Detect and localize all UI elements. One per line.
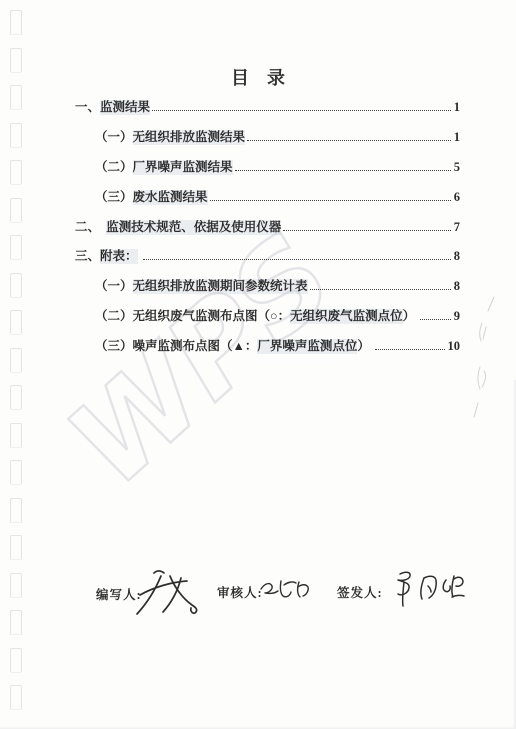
- toc-entry-text: 附表：: [100, 249, 138, 264]
- toc-entry-text: 无组织废气监测点位: [290, 309, 403, 324]
- toc-entry-text: （三）: [95, 190, 133, 205]
- toc-entry-text: 无组织排放监测结果: [133, 130, 246, 145]
- toc-entry-text: ）: [357, 339, 373, 354]
- toc-entry: （二）厂界噪声监测结果5: [75, 160, 460, 190]
- toc-page-number: 9: [454, 309, 460, 324]
- reviewer-signature: [257, 572, 311, 606]
- binding-ring: [10, 685, 22, 710]
- writer-signature: [134, 563, 214, 623]
- toc-entry-text: 厂界噪声监测结果: [133, 160, 233, 175]
- toc-entry-text: [138, 249, 141, 264]
- toc-entry: 三、附表： 8: [75, 249, 460, 279]
- binding-ring: [10, 235, 22, 260]
- binding-ring: [10, 10, 22, 35]
- dot-leader: [143, 251, 451, 260]
- binding-ring: [10, 498, 22, 523]
- scanned-document-page: WPS 目 录 一、监测结果1（一）无组织排放监测结果1（二）厂界噪声监测结果5…: [0, 0, 516, 729]
- toc-entry-text: 监测结果: [100, 100, 150, 115]
- toc-entry-text: （一）: [95, 130, 133, 145]
- toc-entry-line: （二）无组织废气监测布点图（○：无组织废气监测点位） 9: [95, 309, 460, 324]
- dot-leader: [375, 341, 444, 350]
- issuer-label: 签发人:: [337, 583, 383, 601]
- toc-entry: 二、 监测技术规范、依据及使用仪器7: [75, 220, 460, 250]
- toc-entry-text: 厂界噪声监测点位: [257, 339, 357, 354]
- toc-entry-text: 一、: [75, 100, 100, 115]
- toc-page-number: 5: [454, 160, 460, 175]
- toc-page-number: 7: [454, 220, 460, 235]
- toc-entry-text: （二）: [95, 309, 133, 324]
- page-title: 目 录: [0, 64, 516, 90]
- binding-ring: [10, 198, 22, 223]
- toc-entry: （一）无组织排放监测结果1: [75, 130, 460, 160]
- toc-entry-line: （一）无组织排放监测期间参数统计表8: [95, 279, 460, 294]
- binding-ring: [10, 610, 22, 635]
- dot-leader: [310, 281, 451, 290]
- toc-entry-text: （一）: [95, 279, 133, 294]
- binding-ring: [10, 123, 22, 148]
- toc-entry-line: 三、附表： 8: [75, 249, 460, 264]
- dot-leader: [247, 132, 451, 141]
- toc-list: 一、监测结果1（一）无组织排放监测结果1（二）厂界噪声监测结果5（三）废水监测结…: [75, 100, 460, 369]
- binding-strip: [8, 0, 28, 729]
- toc-entry-text: 无组织废气监测布点图（○：: [133, 309, 291, 324]
- toc-entry: （一）无组织排放监测期间参数统计表8: [75, 279, 460, 309]
- toc-entry-text: ）: [403, 309, 419, 324]
- toc-entry-line: （三）噪声监测布点图（▲：厂界噪声监测点位） 10: [95, 339, 460, 354]
- binding-ring: [10, 310, 22, 335]
- toc-entry-text: 废水监测结果: [133, 190, 208, 205]
- toc-entry-text: （二）: [95, 160, 133, 175]
- reviewer-label: 审核人:: [217, 583, 263, 601]
- dot-leader: [283, 222, 450, 231]
- binding-ring: [10, 273, 22, 298]
- toc-page-number: 8: [454, 249, 460, 264]
- dot-leader: [210, 192, 451, 201]
- toc-entry: （二）无组织废气监测布点图（○：无组织废气监测点位） 9: [75, 309, 460, 339]
- binding-ring: [10, 348, 22, 373]
- binding-ring: [10, 160, 22, 185]
- toc-entry: （三）废水监测结果6: [75, 190, 460, 220]
- toc-entry-line: （二）厂界噪声监测结果5: [95, 160, 460, 175]
- toc-entry-text: 二、: [75, 220, 106, 235]
- toc-entry-line: （一）无组织排放监测结果1: [95, 130, 460, 145]
- margin-scribble: [468, 295, 502, 420]
- toc-page-number: 8: [454, 279, 460, 294]
- toc-page-number: 1: [454, 130, 460, 145]
- toc-page-number: 1: [454, 100, 460, 115]
- toc-entry-line: （三）废水监测结果6: [95, 190, 460, 205]
- toc-entry-line: 一、监测结果1: [75, 100, 460, 115]
- issuer-signature: [388, 565, 466, 615]
- binding-ring: [10, 385, 22, 410]
- binding-ring: [10, 535, 22, 560]
- toc-entry: 一、监测结果1: [75, 100, 460, 130]
- toc-entry-text: 无组织排放监测期间参数统计表: [133, 279, 308, 294]
- toc-entry: （三）噪声监测布点图（▲：厂界噪声监测点位） 10: [75, 339, 460, 369]
- toc-entry-text: 三、: [75, 249, 100, 264]
- toc-entry-text: （三）: [95, 339, 133, 354]
- toc-entry-text: 监测技术规范、依据及使用仪器: [106, 220, 281, 235]
- dot-leader: [152, 102, 451, 111]
- binding-ring: [10, 423, 22, 448]
- binding-ring: [10, 460, 22, 485]
- dot-leader: [420, 311, 451, 320]
- toc-page-number: 10: [448, 339, 461, 354]
- toc-page-number: 6: [454, 190, 460, 205]
- binding-ring: [10, 648, 22, 673]
- toc-entry-line: 二、 监测技术规范、依据及使用仪器7: [75, 220, 460, 235]
- binding-ring: [10, 573, 22, 598]
- dot-leader: [235, 162, 451, 171]
- toc-entry-text: 噪声监测布点图（▲：: [133, 339, 258, 354]
